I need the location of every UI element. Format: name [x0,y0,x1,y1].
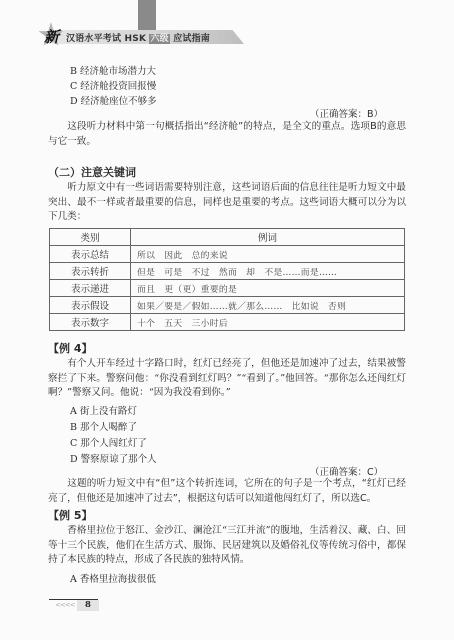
table-row: 表示假设 如果／要是／假如……就／那么…… 比如说 否则 [50,297,405,314]
table-header-examples: 例词 [131,229,405,246]
example-4-option-c: C 那个人闯红灯了 [70,435,147,449]
table-cell-examples: 但是 可是 不过 然而 却 不是……而是…… [131,263,405,280]
header-star-char: 新 [44,26,59,47]
option-c: C 经济舱投资回报慢 [70,78,156,92]
example-4-option-b: B 那个人喝醉了 [70,419,137,433]
example-4-explanation: 这题的听力短文中有“但”这个转折连词，它所在的句子是一个考点，“红灯已经亮了，但… [48,477,406,506]
explanation-paragraph: 这段听力材料中第一句概括指出“经济舱”的特点，是全文的重点。选项B的意思与它一致… [48,120,406,149]
table-cell-examples: 而且 更（更）重要的是 [131,280,405,297]
level-badge: 六级 [149,34,169,44]
table-cell-category: 表示总结 [50,246,131,263]
book-title-suffix: 应试指南 [170,34,210,44]
example-5-option-a: A 香格里拉海拔很低 [70,571,156,585]
table-cell-category: 表示递进 [50,280,131,297]
book-title: 汉语水平考试 HSK 六级 应试指南 [66,31,210,44]
example-4-label: 【例 4】 [48,340,92,356]
example-5-label: 【例 5】 [48,507,92,523]
example-4-option-a: A 街上没有路灯 [70,403,137,417]
book-header: 新 汉语水平考试 HSK 六级 应试指南 [38,24,208,46]
table-cell-category: 表示数字 [50,314,131,331]
table-row: 表示数字 十个 五天 三小时后 [50,314,405,331]
section-title: （二）注意关键词 [48,164,136,180]
correct-answer: （正确答案：B） [310,106,383,120]
table-header-category: 类别 [50,229,131,246]
example-4-text: 有个人开车经过十字路口时，红灯已经亮了，但他还是加速冲了过去，结果被警察拦了下来… [48,357,406,401]
table-cell-examples: 十个 五天 三小时后 [131,314,405,331]
table-header-row: 类别 例词 [50,229,405,246]
example-4-answer: （正确答案：C） [310,464,383,478]
option-b: B 经济舱市场潜力大 [70,63,156,77]
page-number: 8 [77,600,99,611]
table-cell-category: 表示假设 [50,297,131,314]
example-4-option-d: D 警察原谅了那个人 [70,451,157,465]
keyword-table: 类别 例词 表示总结 所以 因此 总的来说 表示转折 但是 可是 不过 然而 却… [49,228,405,331]
table-cell-category: 表示转折 [50,263,131,280]
book-title-prefix: 汉语水平考试 HSK [66,34,149,44]
table-cell-examples: 如果／要是／假如……就／那么…… 比如说 否则 [131,297,405,314]
footer-chevrons-icon: <<<< [55,601,74,609]
table-row: 表示总结 所以 因此 总的来说 [50,246,405,263]
table-row: 表示转折 但是 可是 不过 然而 却 不是……而是…… [50,263,405,280]
example-5-text: 香格里拉位于怒江、金沙江、澜沧江“三江并流”的腹地，生活着汉、藏、白、回等十三个… [48,524,406,568]
section-intro-paragraph: 听力原文中有一些词语需要特别注意，这些词语后面的信息往往是听力短文中最突出、最不… [48,181,406,225]
option-d: D 经济舱座位不够多 [70,93,157,107]
table-cell-examples: 所以 因此 总的来说 [131,246,405,263]
table-row: 表示递进 而且 更（更）重要的是 [50,280,405,297]
